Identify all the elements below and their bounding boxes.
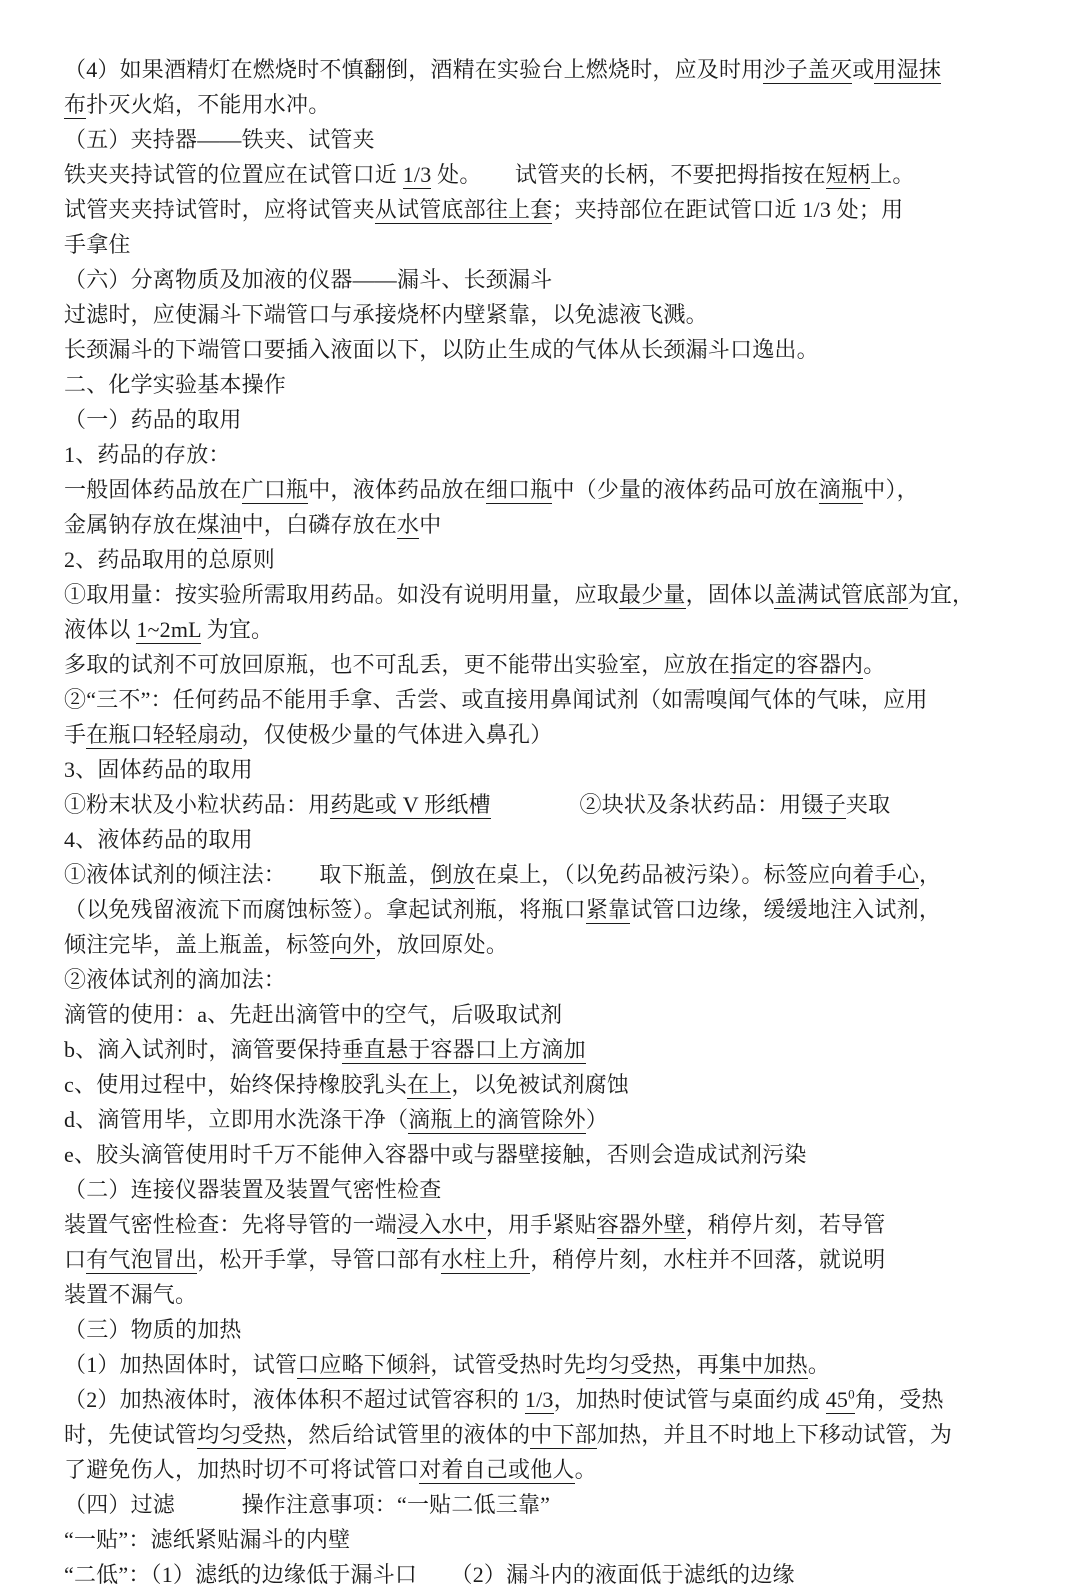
text-line: ①液体试剂的倾注法： 取下瓶盖，倒放在桌上，（以免药品被污染）。标签应向着手心， xyxy=(64,857,1024,892)
underlined-text: 水 xyxy=(397,512,419,539)
text-line: e、胶头滴管使用时千万不能伸入容器中或与器壁接触，否则会造成试剂污染 xyxy=(64,1137,1024,1172)
text-run: 时，先使试管 xyxy=(64,1422,197,1447)
text-run: 中，液体药品放在 xyxy=(308,477,486,502)
text-run: （1）加热固体时，试管 xyxy=(64,1352,297,1377)
text-run: ；夹持部位在距试管口近 1/3 处；用 xyxy=(552,197,903,222)
text-run: 中 xyxy=(419,512,441,537)
text-line: 多取的试剂不可放回原瓶，也不可乱丢，更不能带出实验室，应放在指定的容器内。 xyxy=(64,647,1024,682)
text-run: （一）药品的取用 xyxy=(64,407,242,432)
text-run: 夹取 xyxy=(846,792,890,817)
text-run: 中，白磷存放在 xyxy=(242,512,397,537)
text-line: d、滴管用毕，立即用水洗涤干净（滴瓶上的滴管除外） xyxy=(64,1102,1024,1137)
superscript-text: 0 xyxy=(848,1387,855,1402)
text-line: 金属钠存放在煤油中，白磷存放在水中 xyxy=(64,507,1024,542)
underlined-text: 向着手心 xyxy=(830,862,919,889)
text-run: 在桌上，（以免药品被污染）。标签应 xyxy=(475,862,830,887)
text-run: 角，受热 xyxy=(855,1387,944,1412)
text-line: （五）夹持器——铁夹、试管夹 xyxy=(64,122,1024,157)
text-line: 试管夹夹持试管时，应将试管夹从试管底部往上套；夹持部位在距试管口近 1/3 处；… xyxy=(64,192,1024,227)
text-run: 扑灭火焰，不能用水冲。 xyxy=(86,92,330,117)
text-line: ①粉末状及小粒状药品：用药匙或 V 形纸槽 ②块状及条状药品：用镊子夹取 xyxy=(64,787,1024,822)
underlined-text: 集中加热 xyxy=(719,1352,808,1379)
text-run: 长颈漏斗的下端管口要插入液面以下，以防止生成的气体从长颈漏斗口逸出。 xyxy=(64,337,819,362)
text-run: 滴管的使用：a、先赶出滴管中的空气，后吸取试剂 xyxy=(64,1002,562,1027)
text-run: 上。 xyxy=(870,162,914,187)
text-run: c、使用过程中，始终保持橡胶乳头 xyxy=(64,1072,407,1097)
text-line: 手在瓶口轻轻扇动，仅使极少量的气体进入鼻孔） xyxy=(64,717,1024,752)
text-run: 3、固体药品的取用 xyxy=(64,757,253,782)
underlined-text: 药匙或 V 形纸槽 xyxy=(330,792,490,819)
text-run: ②液体试剂的滴加法： xyxy=(64,967,286,992)
text-line: 布扑灭火焰，不能用水冲。 xyxy=(64,87,1024,122)
text-run: ，试管受热时先 xyxy=(430,1352,585,1377)
underlined-text: 中下部 xyxy=(530,1422,597,1449)
underlined-text: 在上 xyxy=(407,1072,451,1099)
text-line: 2、药品取用的总原则 xyxy=(64,542,1024,577)
text-run: 装置气密性检查：先将导管的一端 xyxy=(64,1212,397,1237)
underlined-text: 容器外壁 xyxy=(597,1212,686,1239)
text-line: 时，先使试管均匀受热，然后给试管里的液体的中下部加热，并且不时地上下移动试管，为 xyxy=(64,1417,1024,1452)
text-run: 手拿住 xyxy=(64,232,131,257)
text-line: 过滤时，应使漏斗下端管口与承接烧杯内壁紧靠，以免滤液飞溅。 xyxy=(64,297,1024,332)
text-line: （4）如果酒精灯在燃烧时不慎翻倒，酒精在实验台上燃烧时，应及时用沙子盖灭或用湿抹 xyxy=(64,52,1024,87)
text-run: ①取用量：按实验所需取用药品。如没有说明用量，应取 xyxy=(64,582,619,607)
text-run: 过滤时，应使漏斗下端管口与承接烧杯内壁紧靠，以免滤液飞溅。 xyxy=(64,302,708,327)
underlined-text: 1/3 xyxy=(525,1387,554,1414)
text-run: 手 xyxy=(64,722,86,747)
text-line: 4、液体药品的取用 xyxy=(64,822,1024,857)
underlined-text: 倒放 xyxy=(430,862,474,889)
underlined-text: 有气泡冒出 xyxy=(86,1247,197,1274)
text-run: （2）加热液体时，液体体积不超过试管容积的 xyxy=(64,1387,525,1412)
text-line: （以免残留液流下而腐蚀标签）。拿起试剂瓶，将瓶口紧靠试管口边缘，缓缓地注入试剂， xyxy=(64,892,1024,927)
text-run: 。 xyxy=(863,652,885,677)
text-line: “一贴”：滤纸紧贴漏斗的内壁 xyxy=(64,1522,1024,1557)
text-line: 液体以 1~2mL 为宜。 xyxy=(64,612,1024,647)
underlined-text: 对着自己或他人 xyxy=(419,1457,574,1484)
text-line: 手拿住 xyxy=(64,227,1024,262)
underlined-text: 细口瓶 xyxy=(486,477,553,504)
underlined-text: 均匀受热 xyxy=(197,1422,286,1449)
text-run: 处。 试管夹的长柄，不要把拇指按在 xyxy=(431,162,825,187)
text-run: ①液体试剂的倾注法： 取下瓶盖， xyxy=(64,862,430,887)
text-line: （2）加热液体时，液体体积不超过试管容积的 1/3，加热时使试管与桌面约成 45… xyxy=(64,1382,1024,1417)
text-run: （五）夹持器——铁夹、试管夹 xyxy=(64,127,375,152)
underlined-text: 滴瓶 xyxy=(819,477,863,504)
text-line: （二）连接仪器装置及装置气密性检查 xyxy=(64,1172,1024,1207)
text-run: ，稍停片刻，若导管 xyxy=(686,1212,886,1237)
text-run: 。 xyxy=(808,1352,830,1377)
text-run: 试管夹夹持试管时，应将试管夹 xyxy=(64,197,375,222)
text-line: （一）药品的取用 xyxy=(64,402,1024,437)
text-run: 一般固体药品放在 xyxy=(64,477,242,502)
text-line: b、滴入试剂时，滴管要保持垂直悬于容器口上方滴加 xyxy=(64,1032,1024,1067)
text-run: ，再 xyxy=(675,1352,719,1377)
text-line: c、使用过程中，始终保持橡胶乳头在上，以免被试剂腐蚀 xyxy=(64,1067,1024,1102)
underlined-text: 最少量 xyxy=(619,582,686,609)
underlined-text: 口应略下倾斜 xyxy=(297,1352,430,1379)
text-run: b、滴入试剂时，滴管要保持 xyxy=(64,1037,342,1062)
text-run: d、滴管用毕，立即用水洗涤干净（ xyxy=(64,1107,408,1132)
underlined-text: 广口瓶 xyxy=(242,477,309,504)
text-run: ，以免被试剂腐蚀 xyxy=(451,1072,629,1097)
text-run: 试管口边缘，缓缓地注入试剂， xyxy=(630,897,941,922)
text-run: 金属钠存放在 xyxy=(64,512,197,537)
text-run: e、胶头滴管使用时千万不能伸入容器中或与器壁接触，否则会造成试剂污染 xyxy=(64,1142,807,1167)
text-run: ） xyxy=(586,1107,608,1132)
text-run: 口 xyxy=(64,1247,86,1272)
text-line: 口有气泡冒出，松开手掌，导管口部有水柱上升，稍停片刻，水柱并不回落，就说明 xyxy=(64,1242,1024,1277)
text-run: ，松开手掌，导管口部有 xyxy=(197,1247,441,1272)
text-line: ②液体试剂的滴加法： xyxy=(64,962,1024,997)
text-line: 倾注完毕，盖上瓶盖，标签向外，放回原处。 xyxy=(64,927,1024,962)
text-line: 装置气密性检查：先将导管的一端浸入水中，用手紧贴容器外壁，稍停片刻，若导管 xyxy=(64,1207,1024,1242)
text-line: （1）加热固体时，试管口应略下倾斜，试管受热时先均匀受热，再集中加热。 xyxy=(64,1347,1024,1382)
text-run: ， xyxy=(919,862,941,887)
text-line: 了避免伤人，加热时切不可将试管口对着自己或他人。 xyxy=(64,1452,1024,1487)
text-run: （4）如果酒精灯在燃烧时不慎翻倒，酒精在实验台上燃烧时，应及时用 xyxy=(64,57,763,82)
underlined-text: 短柄 xyxy=(826,162,870,189)
text-run: 二、化学实验基本操作 xyxy=(64,372,286,397)
text-run: “二低”：（1）滤纸的边缘低于漏斗口 （2）漏斗内的液面低于滤纸的边缘 xyxy=(64,1562,795,1587)
underlined-text: 紧靠 xyxy=(586,897,630,924)
underlined-text: 指定的容器内 xyxy=(730,652,863,679)
text-run: ，放回原处。 xyxy=(375,932,508,957)
text-run: 液体以 xyxy=(64,617,136,642)
text-line: ②“三不”：任何药品不能用手拿、舌尝、或直接用鼻闻试剂（如需嗅闻气体的气味，应用 xyxy=(64,682,1024,717)
text-run: 为宜。 xyxy=(201,617,273,642)
text-run: 。 xyxy=(575,1457,597,1482)
text-run: ①粉末状及小粒状药品：用 xyxy=(64,792,330,817)
document-content: （4）如果酒精灯在燃烧时不慎翻倒，酒精在实验台上燃烧时，应及时用沙子盖灭或用湿抹… xyxy=(0,0,1080,1590)
text-run: （三）物质的加热 xyxy=(64,1317,242,1342)
text-run: 4、液体药品的取用 xyxy=(64,827,253,852)
text-line: 一般固体药品放在广口瓶中，液体药品放在细口瓶中（少量的液体药品可放在滴瓶中）， xyxy=(64,472,1024,507)
text-run: （六）分离物质及加液的仪器——漏斗、长颈漏斗 xyxy=(64,267,552,292)
text-line: 滴管的使用：a、先赶出滴管中的空气，后吸取试剂 xyxy=(64,997,1024,1032)
text-run: 多取的试剂不可放回原瓶，也不可乱丢，更不能带出实验室，应放在 xyxy=(64,652,730,677)
underlined-text: 均匀受热 xyxy=(586,1352,675,1379)
underlined-text: 布 xyxy=(64,92,86,119)
text-run: ，然后给试管里的液体的 xyxy=(286,1422,530,1447)
text-run: 或 xyxy=(852,57,874,82)
text-run: 铁夹夹持试管的位置应在试管口近 xyxy=(64,162,403,187)
underlined-text: 向外 xyxy=(330,932,374,959)
text-run: ，固体以 xyxy=(686,582,775,607)
text-line: （六）分离物质及加液的仪器——漏斗、长颈漏斗 xyxy=(64,262,1024,297)
text-run: 中（少量的液体药品可放在 xyxy=(552,477,818,502)
underlined-text: 沙子盖灭 xyxy=(763,57,852,84)
text-run: ，用手紧贴 xyxy=(486,1212,597,1237)
underlined-text: 1/3 xyxy=(403,162,432,189)
text-run: ②块状及条状药品：用 xyxy=(491,792,802,817)
underlined-text: 从试管底部往上套 xyxy=(375,197,553,224)
text-run: ②“三不”：任何药品不能用手拿、舌尝、或直接用鼻闻试剂（如需嗅闻气体的气味，应用 xyxy=(64,687,928,712)
text-run: 倾注完毕，盖上瓶盖，标签 xyxy=(64,932,330,957)
text-run: 中）， xyxy=(863,477,919,502)
underlined-text: 水柱上升 xyxy=(441,1247,530,1274)
text-run: 为宜， xyxy=(908,582,975,607)
text-run: ，稍停片刻，水柱并不回落，就说明 xyxy=(530,1247,885,1272)
text-line: 3、固体药品的取用 xyxy=(64,752,1024,787)
text-run: 1、药品的存放： xyxy=(64,442,231,467)
underlined-text: 煤油 xyxy=(197,512,241,539)
text-run: ，仅使极少量的气体进入鼻孔） xyxy=(242,722,553,747)
text-line: 长颈漏斗的下端管口要插入液面以下，以防止生成的气体从长颈漏斗口逸出。 xyxy=(64,332,1024,367)
text-run: ，加热时使试管与桌面约成 xyxy=(554,1387,826,1412)
underlined-text: 垂直悬于容器口上方滴加 xyxy=(342,1037,586,1064)
text-line: 铁夹夹持试管的位置应在试管口近 1/3 处。 试管夹的长柄，不要把拇指按在短柄上… xyxy=(64,157,1024,192)
text-run: （二）连接仪器装置及装置气密性检查 xyxy=(64,1177,441,1202)
underlined-text: 用湿抹 xyxy=(874,57,941,84)
text-line: ①取用量：按实验所需取用药品。如没有说明用量，应取最少量，固体以盖满试管底部为宜… xyxy=(64,577,1024,612)
text-run: 了避免伤人，加热时切不可将试管口 xyxy=(64,1457,419,1482)
text-line: （三）物质的加热 xyxy=(64,1312,1024,1347)
underlined-text: 1~2mL xyxy=(136,617,201,644)
underlined-text: 滴瓶上的滴管除外 xyxy=(408,1107,586,1134)
underlined-text: 在瓶口轻轻扇动 xyxy=(86,722,241,749)
text-line: （四）过滤 操作注意事项：“一贴二低三靠” xyxy=(64,1487,1024,1522)
text-line: “二低”：（1）滤纸的边缘低于漏斗口 （2）漏斗内的液面低于滤纸的边缘 xyxy=(64,1557,1024,1590)
text-line: 二、化学实验基本操作 xyxy=(64,367,1024,402)
underlined-text: 450 xyxy=(826,1387,855,1414)
underlined-text: 镊子 xyxy=(802,792,846,819)
underlined-text: 浸入水中 xyxy=(397,1212,486,1239)
text-run: “一贴”：滤纸紧贴漏斗的内壁 xyxy=(64,1527,350,1552)
underlined-text: 盖满试管底部 xyxy=(774,582,907,609)
text-run: 装置不漏气。 xyxy=(64,1282,197,1307)
text-line: 1、药品的存放： xyxy=(64,437,1024,472)
text-run: 加热，并且不时地上下移动试管，为 xyxy=(597,1422,952,1447)
text-line: 装置不漏气。 xyxy=(64,1277,1024,1312)
text-run: （四）过滤 操作注意事项：“一贴二低三靠” xyxy=(64,1492,550,1517)
text-run: 2、药品取用的总原则 xyxy=(64,547,275,572)
document-page: （4）如果酒精灯在燃烧时不慎翻倒，酒精在实验台上燃烧时，应及时用沙子盖灭或用湿抹… xyxy=(0,0,1080,1590)
text-run: （以免残留液流下而腐蚀标签）。拿起试剂瓶，将瓶口 xyxy=(64,897,586,922)
